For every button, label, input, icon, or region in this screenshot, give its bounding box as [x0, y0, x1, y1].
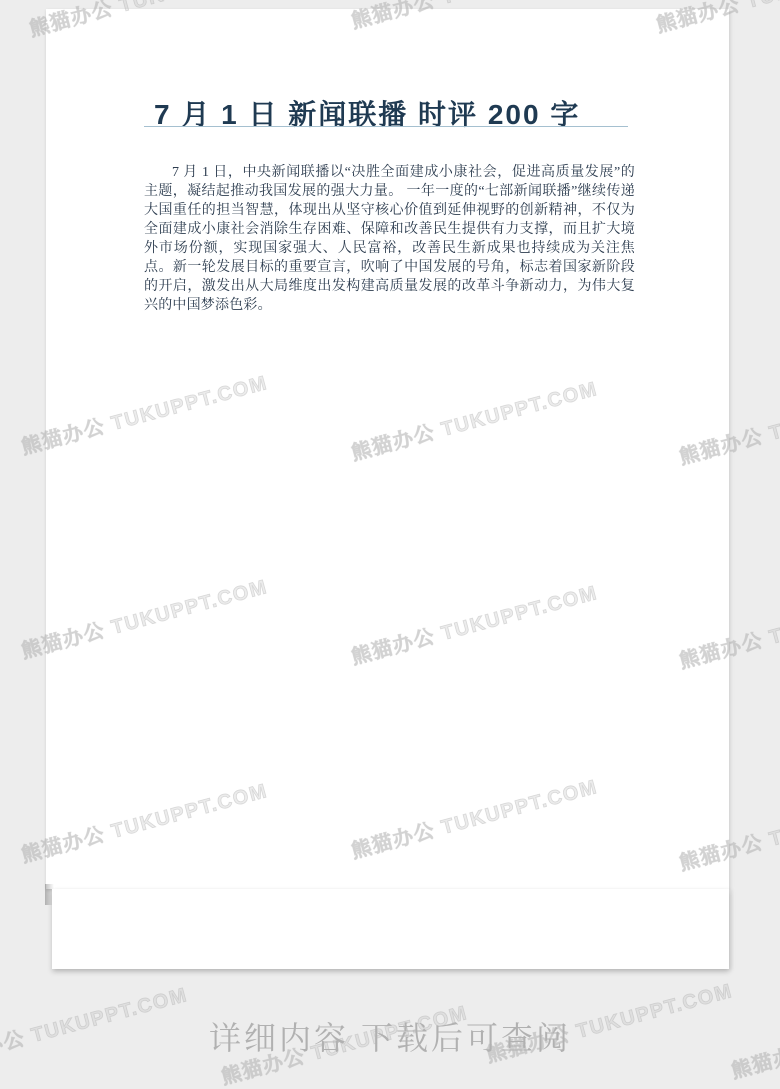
- document-page-2: [52, 889, 729, 969]
- template-preview-background: { "document": { "title": "7 月 1 日 新闻联播 时…: [0, 0, 780, 1089]
- download-notice: 详细内容 下载后可查阅: [0, 1016, 780, 1060]
- document-page: 7 月 1 日 新闻联播 时评 200 字 7 月 1 日，中央新闻联播以“决胜…: [46, 9, 729, 889]
- document-paragraph: 7 月 1 日，中央新闻联播以“决胜全面建成小康社会，促进高质量发展”的主题，凝…: [144, 163, 635, 315]
- title-divider: [144, 126, 628, 127]
